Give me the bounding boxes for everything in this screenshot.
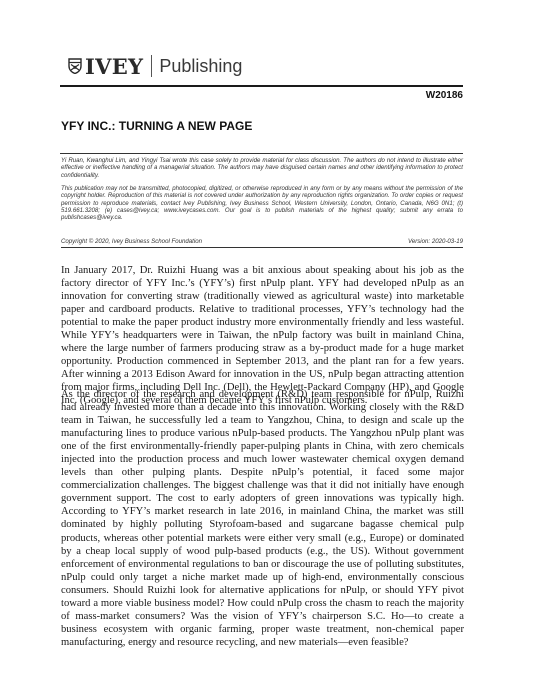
- title-rule: [60, 153, 463, 154]
- case-number: W20186: [426, 90, 463, 101]
- logo-divider: [151, 55, 152, 77]
- version-text: Version: 2020-03-19: [408, 238, 463, 245]
- crest-icon: [68, 58, 82, 74]
- body-paragraph: In January 2017, Dr. Ruizhi Huang was a …: [61, 264, 464, 408]
- body-paragraph: As the director of the research and deve…: [61, 388, 464, 649]
- copyright-row: Copyright © 2020, Ivey Business School F…: [61, 238, 463, 248]
- authors-disclaimer: Yi Ruan, Kwanghui Lim, and Yingyi Tsai w…: [61, 157, 463, 179]
- copyright-text: Copyright © 2020, Ivey Business School F…: [61, 238, 202, 245]
- logo-brand-text: IVEY: [85, 56, 143, 77]
- case-title: YFY INC.: TURNING A NEW PAGE: [61, 119, 252, 133]
- reproduction-notice: This publication may not be transmitted,…: [61, 185, 463, 221]
- header-rule: [60, 85, 463, 87]
- logo-division-text: Publishing: [159, 57, 242, 75]
- ivey-publishing-logo: IVEY Publishing: [68, 52, 242, 80]
